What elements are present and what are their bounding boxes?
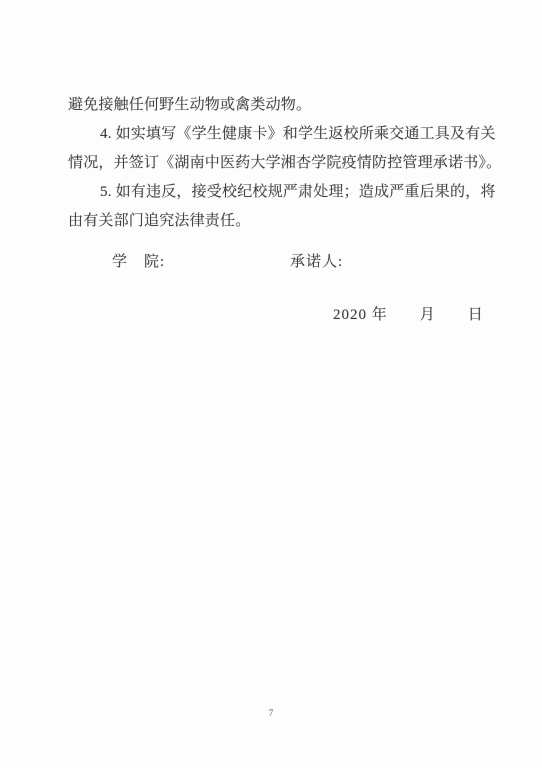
date-line: 2020 年 月 日 xyxy=(333,303,484,324)
paragraph-line: 由有关部门追究法律责任。 xyxy=(68,207,484,236)
paragraph-line: 避免接触任何野生动物或禽类动物。 xyxy=(68,91,484,120)
paragraph-line: 5. 如有违反，接受校纪校规严肃处理；造成严重后果的，将 xyxy=(68,178,484,207)
document-page: 避免接触任何野生动物或禽类动物。 4. 如实填写《学生健康卡》和学生返校所乘交通… xyxy=(0,0,542,768)
school-signature-label: 学 院: xyxy=(112,250,165,271)
paragraph-line: 4. 如实填写《学生健康卡》和学生返校所乘交通工具及有关 xyxy=(68,120,484,149)
page-number: 7 xyxy=(0,708,542,718)
body-text-block: 避免接触任何野生动物或禽类动物。 4. 如实填写《学生健康卡》和学生返校所乘交通… xyxy=(68,91,484,236)
promiser-signature-label: 承诺人: xyxy=(290,250,343,271)
signature-row: 学 院: 承诺人: xyxy=(68,250,484,274)
paragraph-line: 情况，并签订《湖南中医药大学湘杏学院疫情防控管理承诺书》。 xyxy=(68,149,484,178)
